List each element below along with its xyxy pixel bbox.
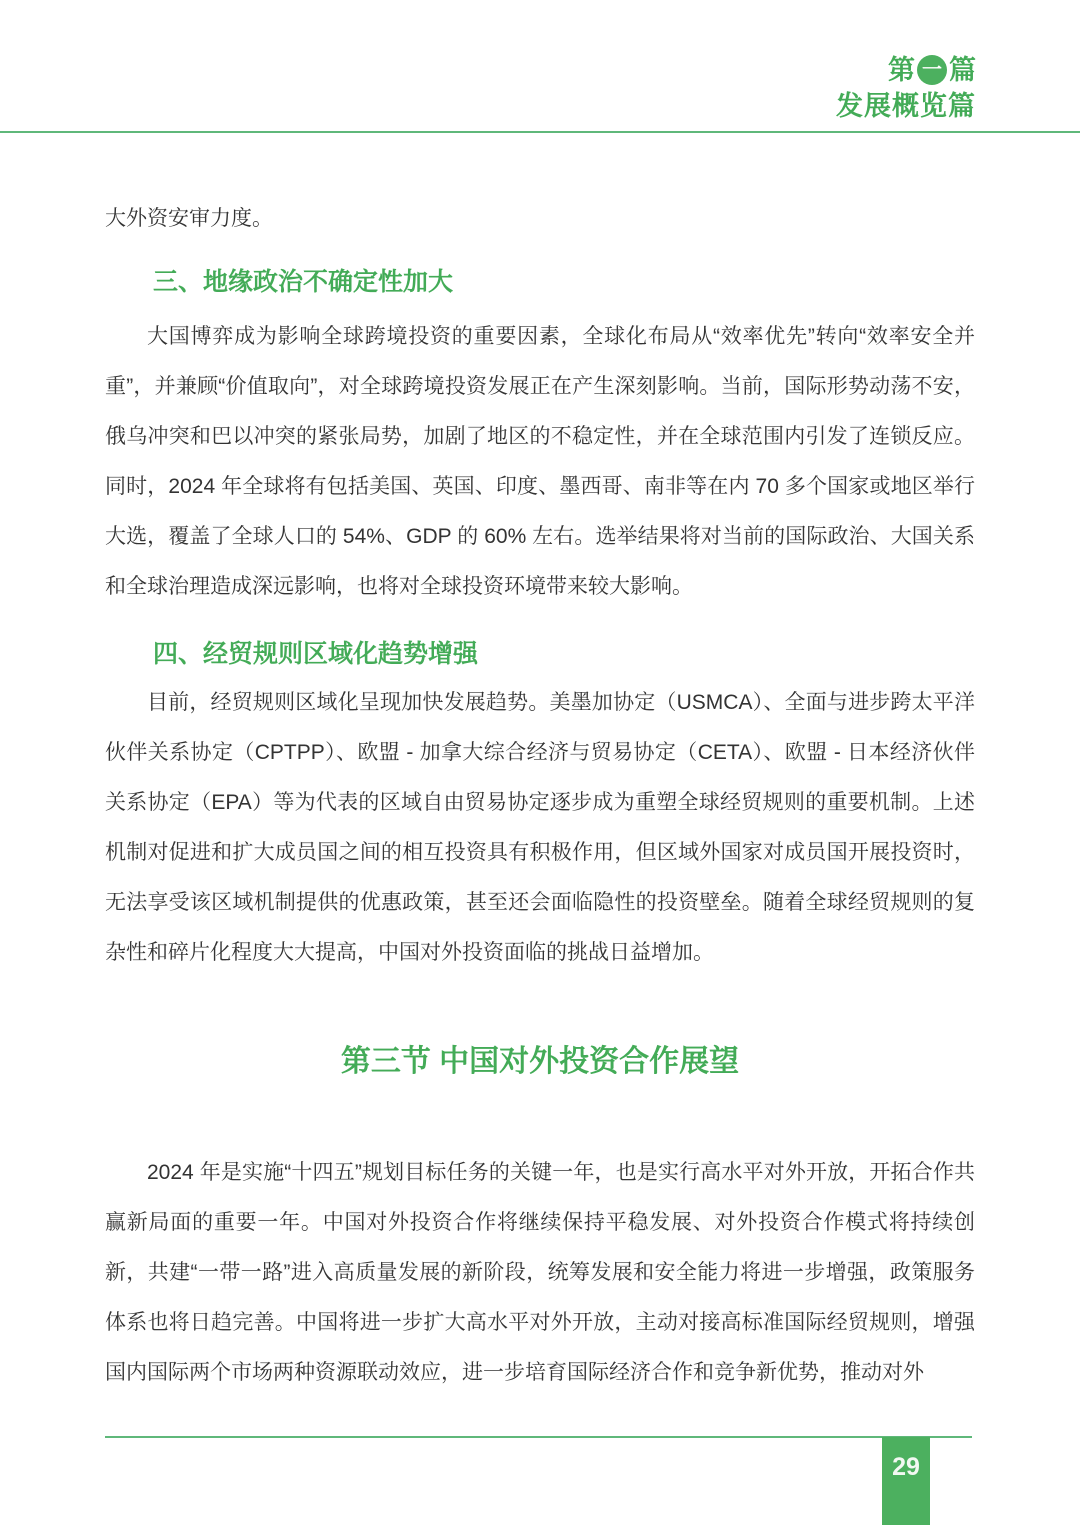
section-heading-4: 四、经贸规则区域化趋势增强 [105,636,975,672]
part-title: 第 一 篇 [836,52,976,88]
part-number-badge: 一 [917,55,947,85]
footer-divider [105,1436,972,1438]
header-divider [0,131,1080,133]
page-header: 第 一 篇 发展概览篇 [836,52,976,124]
chapter-section-title: 第三节 中国对外投资合作展望 [105,1040,975,1084]
outlook-paragraph: 2024 年是实施“十四五”规划目标任务的关键一年，也是实行高水平对外开放，开拓… [105,1148,975,1398]
page-number-tab: 29 [882,1437,930,1525]
part-number: 一 [922,52,942,88]
section-4-paragraph: 目前，经贸规则区域化呈现加快发展趋势。美墨加协定（USMCA）、全面与进步跨太平… [105,678,975,978]
part-title-suffix: 篇 [949,52,976,88]
section-3-paragraph: 大国博弈成为影响全球跨境投资的重要因素，全球化布局从“效率优先”转向“效率安全并… [105,312,975,612]
page-body: 大外资安审力度。 三、地缘政治不确定性加大 大国博弈成为影响全球跨境投资的重要因… [105,194,975,1398]
part-title-prefix: 第 [888,52,915,88]
continuation-paragraph: 大外资安审力度。 [105,194,975,244]
document-page: 第 一 篇 发展概览篇 大外资安审力度。 三、地缘政治不确定性加大 大国博弈成为… [0,0,1080,1527]
page-number: 29 [892,1453,920,1482]
section-heading-3: 三、地缘政治不确定性加大 [105,264,975,300]
part-subtitle: 发展概览篇 [836,88,976,124]
